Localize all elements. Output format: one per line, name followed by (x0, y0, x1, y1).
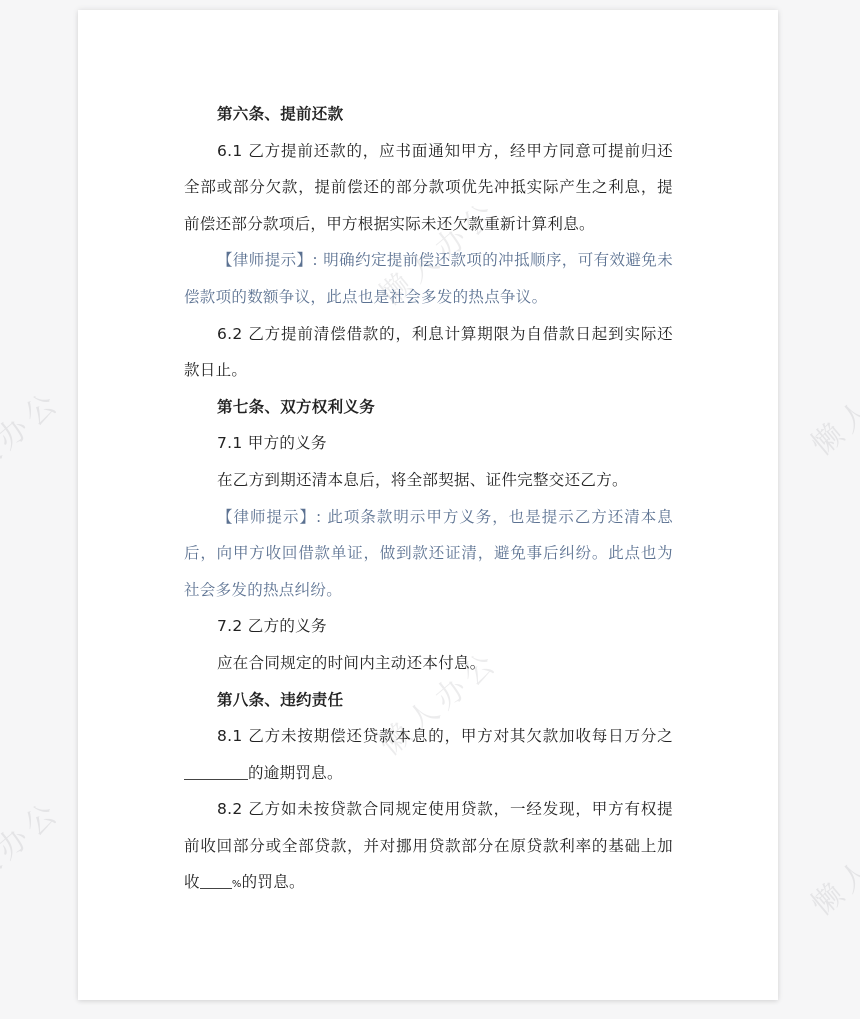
document-page: 懒人办公 懒人办公 第六条、提前还款 6.1 乙方提前还款的，应书面通知甲方，经… (78, 10, 778, 1000)
section-heading: 第七条、双方权利义务 (184, 389, 673, 426)
lawyer-tip: 【律师提示】: 此项条款明示甲方义务，也是提示乙方还清本息后，向甲方收回借款单证… (184, 499, 673, 609)
lawyer-tip-label: 【律师提示】 (217, 508, 316, 526)
clause-6-1: 6.1 乙方提前还款的，应书面通知甲方，经甲方同意可提前归还全部或部分欠款，提前… (184, 133, 673, 243)
document-viewport: 懒人办公 懒人办公 懒人办公 懒人办公 懒人办公 懒人办公 第六条、提前还款 6… (0, 0, 860, 1019)
clause-7-1-body: 在乙方到期还清本息后，将全部契据、证件完整交还乙方。 (184, 462, 673, 499)
fill-in-blank[interactable] (200, 870, 232, 889)
clause-7-2-title: 7.2 乙方的义务 (184, 608, 673, 645)
fill-in-blank[interactable] (184, 761, 248, 780)
clause-text: 8.1 乙方未按期偿还贷款本息的，甲方对其欠款加收每日万分之 (217, 727, 673, 745)
percent-sign: % (232, 879, 242, 890)
clause-8-1: 8.1 乙方未按期偿还贷款本息的，甲方对其欠款加收每日万分之的逾期罚息。 (184, 718, 673, 791)
clause-7-1-title: 7.1 甲方的义务 (184, 425, 673, 462)
lawyer-tip-label: 【律师提示】 (217, 251, 312, 269)
document-body: 第六条、提前还款 6.1 乙方提前还款的，应书面通知甲方，经甲方同意可提前归还全… (184, 96, 673, 904)
watermark: 懒人办公 (0, 377, 69, 503)
watermark: 懒人办公 (800, 337, 860, 463)
section-heading: 第六条、提前还款 (184, 96, 673, 133)
clause-text: 的逾期罚息。 (248, 764, 343, 782)
section-heading: 第八条、违约责任 (184, 682, 673, 719)
clause-6-2: 6.2 乙方提前清偿借款的，利息计算期限为自借款日起到实际还款日止。 (184, 316, 673, 389)
clause-text: 的罚息。 (242, 873, 305, 891)
watermark: 懒人办公 (0, 787, 69, 913)
clause-8-2: 8.2 乙方如未按贷款合同规定使用贷款，一经发现，甲方有权提前收回部分或全部贷款… (184, 791, 673, 904)
watermark: 懒人办公 (800, 797, 860, 923)
clause-7-2-body: 应在合同规定的时间内主动还本付息。 (184, 645, 673, 682)
lawyer-tip: 【律师提示】: 明确约定提前偿还款项的冲抵顺序，可有效避免未偿款项的数额争议，此… (184, 242, 673, 315)
